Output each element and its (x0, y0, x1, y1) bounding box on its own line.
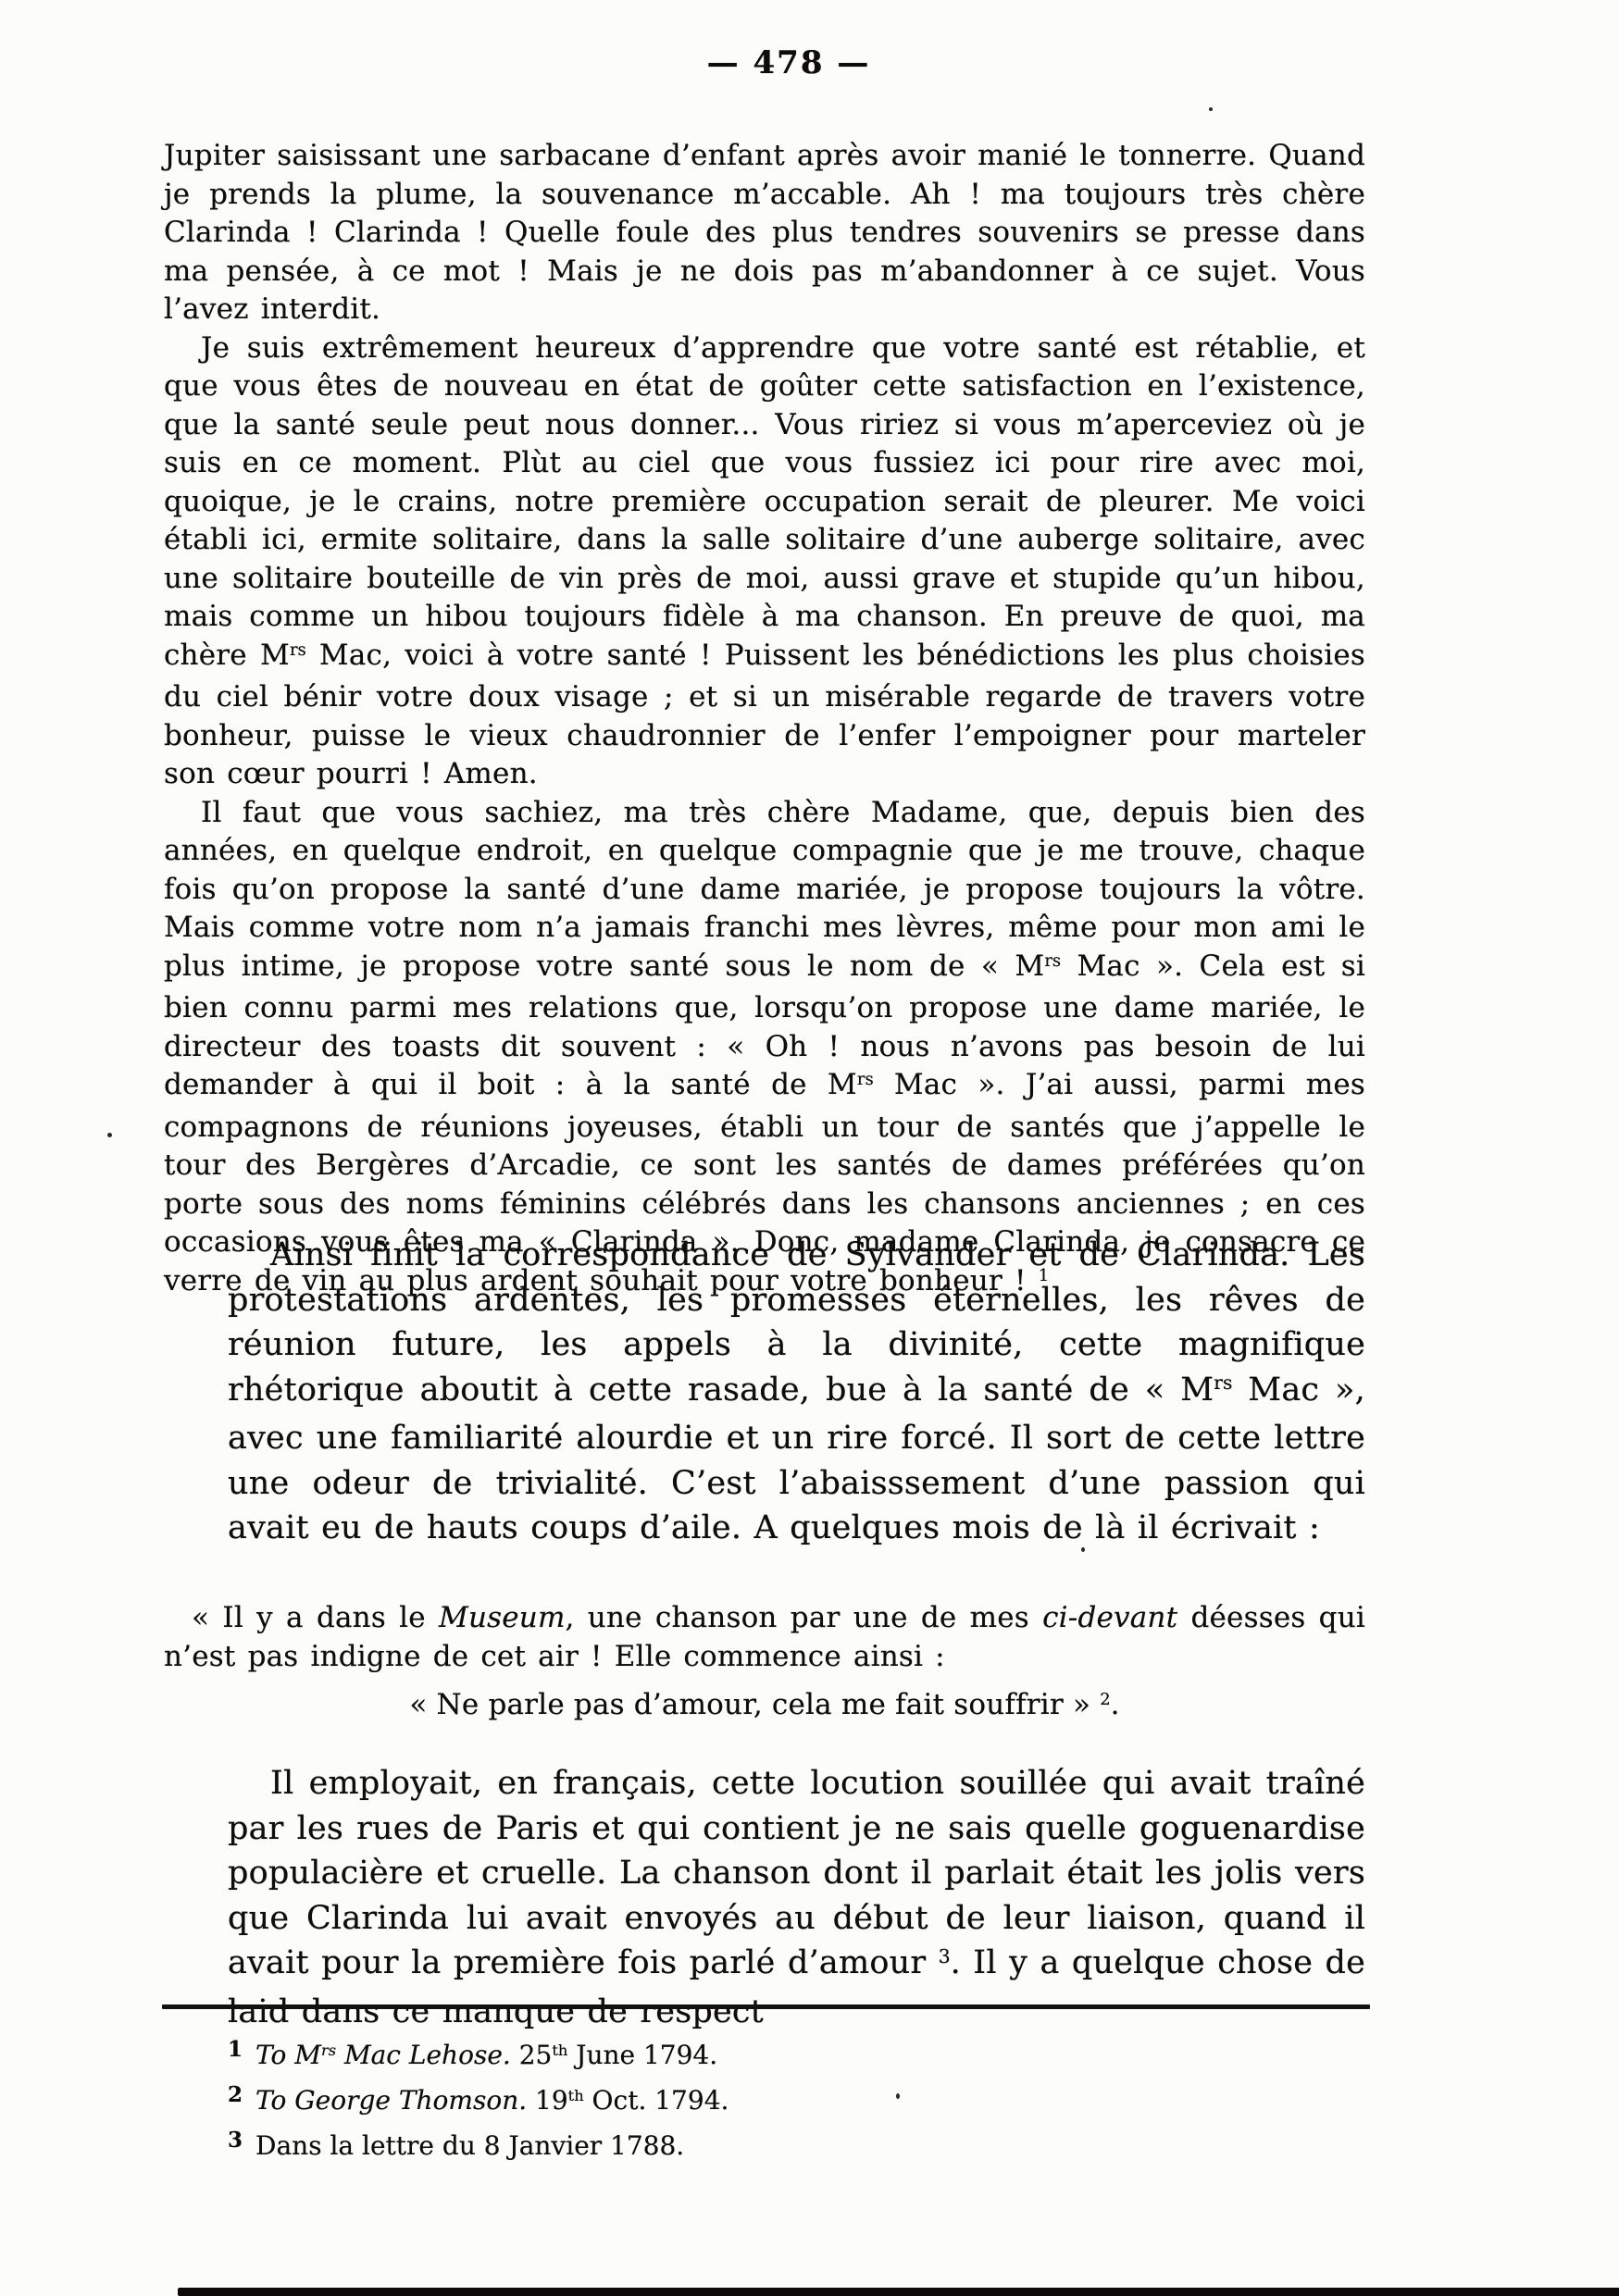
letter-paragraph: Jupiter saisissant une sarbacane d’enfan… (164, 137, 1365, 329)
footnote-3: 3Dans la lettre du 8 Janvier 1788. (228, 2125, 1394, 2168)
main-paragraph-text: Il employait, en français, cette locutio… (228, 1761, 1365, 2034)
main-paragraph-text: Ainsi finit la correspondance de Sylvand… (228, 1233, 1365, 1551)
museum-quote-block: « Il y a dans le Museum, une chanson par… (164, 1599, 1365, 1676)
footnote-1: 1To Mrs Mac Lehose. 25th June 1794. (228, 2034, 1394, 2079)
letter-quote-block: Jupiter saisissant une sarbacane d’enfan… (164, 137, 1365, 1304)
scan-speck (896, 2093, 900, 2099)
scanned-book-page: { "page": { "header": "— 478 —" }, "lett… (0, 0, 1619, 2296)
footnote-text: To Mrs Mac Lehose. 25th June 1794. (255, 2040, 717, 2070)
scan-edge-shadow (178, 2288, 1619, 2296)
verse-line: « Ne parle pas d’amour, cela me fait sou… (164, 1686, 1365, 1728)
footnote-text: Dans la lettre du 8 Janvier 1788. (255, 2130, 684, 2161)
page-number: — 478 — (164, 44, 1414, 81)
footnote-text: To George Thomson. 19th Oct. 1794. (255, 2085, 729, 2116)
footnote-number: 1 (228, 2029, 243, 2070)
footnote-number: 3 (228, 2119, 243, 2161)
footnote-number: 2 (228, 2074, 243, 2116)
main-paragraph-1: Ainsi finit la correspondance de Sylvand… (228, 1233, 1365, 1551)
footnote-2: 2To George Thomson. 19th Oct. 1794. (228, 2079, 1394, 2125)
main-paragraph-2: Il employait, en français, cette locutio… (228, 1761, 1365, 2034)
scan-speck (1081, 1547, 1085, 1552)
footnotes-block: 1To Mrs Mac Lehose. 25th June 1794. 2To … (228, 2034, 1394, 2168)
footnote-rule (162, 2004, 1370, 2009)
scan-speck (1209, 107, 1213, 111)
scan-speck (107, 1133, 112, 1137)
letter-paragraph: Il faut que vous sachiez, ma très chère … (164, 794, 1365, 1305)
museum-quote-text: « Il y a dans le Museum, une chanson par… (164, 1599, 1365, 1676)
letter-paragraph: Je suis extrêmement heureux d’apprendre … (164, 329, 1365, 794)
